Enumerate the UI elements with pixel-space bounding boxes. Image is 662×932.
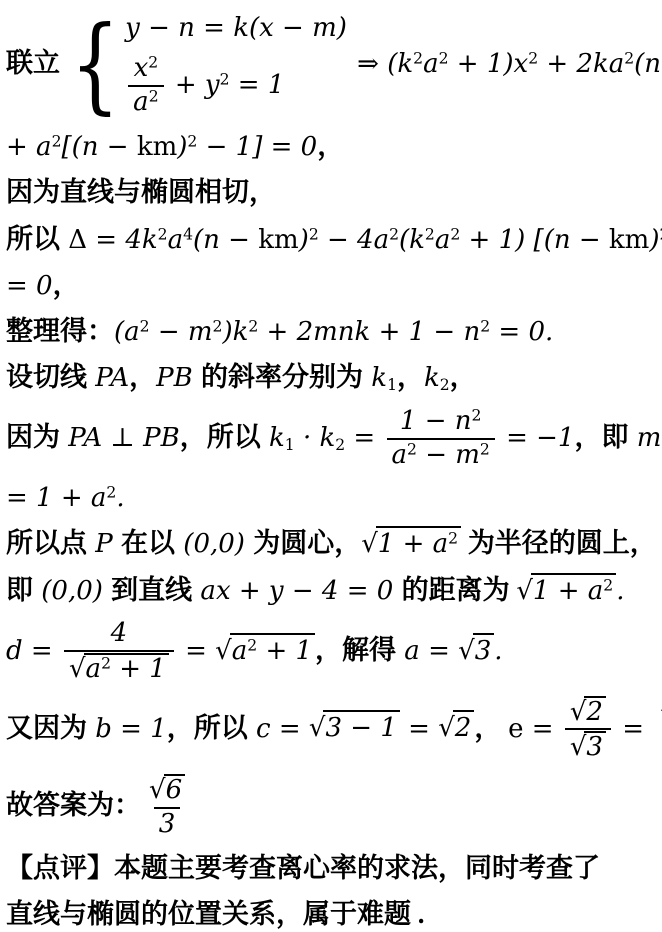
math-italic-text: a — [392, 440, 408, 470]
cjk-text: ，解得 — [315, 635, 396, 665]
cjk-text: ， — [474, 712, 508, 742]
superscript: 2 — [220, 71, 230, 89]
math-upright-text: e — [508, 713, 523, 743]
math-italic-text: + 1 — [111, 654, 166, 684]
square-root: √1 + a2 — [361, 526, 461, 561]
line-perpendicular: 因为 PA ⊥ PB，所以 k1 · k2 = 1 − n2a2 − m2 = … — [6, 407, 658, 471]
math-upright-text: km — [258, 225, 298, 255]
cjk-text: 在以 — [121, 528, 175, 558]
cjk-text: 【点评】本题主要考查离心率的求法，同时考查了 — [6, 853, 600, 883]
math-italic-text: + a — [6, 132, 52, 162]
radicand: 3 − 1 — [323, 710, 399, 745]
math-italic-text: ) — [649, 225, 659, 255]
fraction: √63 — [655, 697, 662, 763]
superscript: 2 — [148, 54, 158, 72]
superscript: 2 — [603, 576, 613, 594]
fraction-denominator: a2 — [128, 85, 163, 118]
line-point-on-circle: 所以点 P 在以 (0,0) 为圆心，√1 + a2 为半径的圆上， — [6, 526, 658, 561]
cjk-text: 因为直线与椭圆相切， — [6, 177, 276, 207]
line-union-system: 联立{y − n = k(x − m)x2a2 + y2 = 1 ⇒ (k2a2… — [6, 12, 658, 118]
square-root: √6 — [149, 774, 185, 806]
line-slopes-def: 设切线 PA，PB 的斜率分别为 k1，k2， — [6, 360, 658, 396]
radicand: 6 — [164, 774, 186, 806]
radicand: 3 — [473, 633, 495, 668]
superscript: 2 — [309, 225, 319, 243]
math-italic-text: k — [261, 423, 285, 453]
cjk-text: ， — [397, 362, 424, 392]
square-root: √3 — [458, 633, 494, 668]
math-italic-text: = — [523, 713, 561, 743]
cjk-text: 即 — [6, 575, 33, 605]
superscript: 2 — [450, 225, 460, 243]
radicand: 1 + a2 — [531, 573, 616, 608]
line-solve-a: d = 4√a2 + 1 = √a2 + 1，解得 a = √3. — [6, 619, 658, 685]
line-distance: 即 (0,0) 到直线 ax + y − 4 = 0 的距离为 √1 + a2. — [6, 573, 658, 608]
math-italic-text: + 2mnk + 1 − n — [258, 317, 480, 347]
math-italic-text: + 2ka — [538, 49, 624, 79]
fraction-numerator: √6 — [655, 697, 662, 730]
math-italic-text: ) — [177, 132, 187, 162]
cjk-text: 为半径的圆上， — [461, 528, 657, 558]
superscript: 2 — [248, 318, 258, 336]
math-italic-text: a — [86, 654, 102, 684]
cjk-text: 直线与椭圆的位置关系，属于难题 . — [6, 899, 425, 929]
square-root: √1 + a2 — [516, 573, 616, 608]
math-italic-text: + 1 — [257, 636, 312, 666]
cjk-text: 设切线 — [6, 362, 87, 392]
math-italic-text: = — [177, 636, 215, 666]
line-simplified: 整理得：(a2 − m2)k2 + 2mnk + 1 − n2 = 0. — [6, 314, 658, 349]
line-final-answer: 故答案为：√63 — [6, 774, 658, 840]
math-italic-text: = 4k — [87, 225, 158, 255]
math-italic-text: + y — [167, 70, 220, 100]
cjk-text: 所以 — [6, 224, 60, 254]
math-italic-text: (n − — [634, 49, 662, 79]
fraction-denominator: 3 — [154, 807, 181, 840]
math-italic-text: = — [400, 713, 438, 743]
math-italic-text: k — [363, 363, 387, 393]
line-comment-2: 直线与椭圆的位置关系，属于难题 . — [6, 897, 658, 932]
superscript: 2 — [528, 49, 538, 67]
math-italic-text: a = — [396, 636, 458, 666]
cjk-text: 又因为 — [6, 712, 87, 742]
math-italic-text: a — [168, 225, 184, 255]
radicand: a2 + 1 — [84, 653, 169, 685]
system-rows: y − n = k(x − m)x2a2 + y2 = 1 — [125, 12, 347, 118]
math-italic-text: (0,0) — [175, 529, 253, 559]
square-root: √3 — [570, 731, 606, 763]
math-upright-text: ⇒ — [349, 49, 387, 79]
math-italic-text: k — [424, 363, 440, 393]
math-upright-text: Δ — [60, 225, 87, 255]
superscript: 2 — [472, 407, 482, 425]
math-italic-text: 2 — [586, 697, 603, 727]
math-italic-text: = 1 + a — [6, 483, 106, 513]
math-italic-text: + 1) [(n − — [460, 225, 609, 255]
fraction-denominator: √3 — [565, 728, 611, 763]
system-row: y − n = k(x − m) — [125, 12, 347, 45]
square-root: √2 — [438, 710, 474, 745]
math-italic-text: (0,0) — [33, 576, 111, 606]
cjk-text: 整理得： — [6, 316, 114, 346]
left-brace-icon: { — [70, 22, 120, 107]
math-italic-text: · k — [295, 423, 336, 453]
radicand: 2 — [453, 710, 475, 745]
cjk-text: 的斜率分别为 — [201, 362, 363, 392]
superscript: 2 — [624, 49, 634, 67]
math-italic-text: PA — [87, 363, 129, 393]
cjk-text: 的距离为 — [402, 575, 517, 605]
cjk-text: 联立 — [6, 48, 60, 78]
superscript: 2 — [106, 483, 116, 501]
math-italic-text: c = — [248, 713, 309, 743]
system-row: x2a2 + y2 = 1 — [125, 54, 284, 118]
math-italic-text: (k — [399, 225, 425, 255]
math-italic-text: . — [494, 636, 502, 666]
superscript: 2 — [52, 132, 62, 150]
math-italic-text: = — [614, 713, 652, 743]
superscript: 2 — [480, 318, 490, 336]
math-italic-text: (n − — [193, 225, 258, 255]
line-circle-eq-result: = 1 + a2. — [6, 482, 658, 515]
superscript: 2 — [480, 441, 490, 459]
math-italic-text: a — [423, 49, 439, 79]
superscript: 2 — [140, 318, 150, 336]
fraction: x2a2 — [128, 54, 163, 118]
math-italic-text: PB — [156, 363, 201, 393]
math-upright-text: km — [609, 225, 649, 255]
cjk-text: ， — [317, 131, 344, 161]
radicand: 3 — [584, 731, 606, 763]
math-italic-text: = — [345, 423, 383, 453]
cjk-text: 所以点 — [6, 528, 87, 558]
fraction: √63 — [144, 774, 190, 840]
math-italic-text: . — [616, 576, 624, 606]
math-italic-text: [(n − — [61, 132, 136, 162]
math-italic-text: 1 + a — [533, 576, 603, 606]
math-italic-text: + 1)x — [449, 49, 529, 79]
fraction: 1 − n2a2 − m2 — [387, 407, 495, 471]
fraction-denominator: √a2 + 1 — [64, 650, 174, 685]
superscript: 4 — [183, 225, 193, 243]
cjk-text: ， — [129, 362, 156, 392]
superscript: 2 — [413, 49, 423, 67]
line-comment-1: 【点评】本题主要考查离心率的求法，同时考查了 — [6, 851, 658, 886]
math-italic-text: 3 — [159, 809, 176, 839]
line-expanded-eq: + a2[(n − km)2 − 1] = 0， — [6, 129, 658, 164]
superscript: 2 — [149, 88, 159, 106]
square-root: √a2 + 1 — [215, 633, 315, 668]
superscript: 2 — [389, 225, 399, 243]
math-italic-text: 4 — [111, 618, 128, 648]
fraction: 4√a2 + 1 — [64, 619, 174, 685]
math-italic-text: ) — [299, 225, 309, 255]
fraction-denominator: a2 − m2 — [387, 438, 495, 471]
math-italic-text: 6 — [166, 775, 183, 805]
square-root: √a2 + 1 — [69, 653, 169, 685]
equation-system: {y − n = k(x − m)x2a2 + y2 = 1 — [62, 12, 347, 118]
math-italic-text: 3 − 1 — [325, 713, 396, 743]
math-italic-text: 2 — [455, 713, 472, 743]
superscript: 2 — [407, 441, 417, 459]
math-italic-text: P — [87, 529, 121, 559]
square-root: √3 − 1 — [309, 710, 400, 745]
subscript: 2 — [335, 436, 345, 454]
fraction-numerator: x2 — [129, 54, 164, 85]
superscript: 2 — [187, 132, 197, 150]
math-italic-text: = 0 — [6, 271, 53, 301]
math-italic-text: 1 + a — [378, 529, 448, 559]
fraction: √2√3 — [565, 696, 611, 764]
superscript: 2 — [213, 318, 223, 336]
line-tangency-reason: 因为直线与椭圆相切， — [6, 175, 658, 210]
line-eccentricity: 又因为 b = 1，所以 c = √3 − 1 = √2， e = √2√3 =… — [6, 696, 658, 764]
cjk-text: ，所以 — [180, 422, 261, 452]
fraction-numerator: 4 — [106, 619, 133, 650]
math-italic-text: a — [133, 87, 149, 117]
line-delta: 所以 Δ = 4k2a4(n − km)2 − 4a2(k2a2 + 1) [(… — [6, 222, 658, 257]
math-upright-text: km — [137, 132, 177, 162]
cjk-text: 故答案为： — [6, 790, 141, 820]
fraction-numerator: √2 — [565, 696, 611, 729]
subscript: 1 — [285, 436, 295, 454]
subscript: 1 — [387, 376, 397, 394]
math-italic-text: a — [232, 636, 248, 666]
math-italic-text: a — [435, 225, 451, 255]
math-italic-text: y − n = k(x − m) — [125, 13, 347, 43]
math-italic-text: − m — [150, 317, 213, 347]
math-solution-document: 联立{y − n = k(x − m)x2a2 + y2 = 1 ⇒ (k2a2… — [0, 0, 662, 932]
math-italic-text: (a — [114, 317, 140, 347]
math-italic-text: = 0. — [490, 317, 553, 347]
cjk-text: ， — [53, 270, 80, 300]
math-italic-text: (k — [387, 49, 413, 79]
math-italic-text: − 4a — [319, 225, 389, 255]
superscript: 2 — [158, 225, 168, 243]
math-italic-text: x — [134, 53, 149, 83]
subscript: 2 — [440, 376, 450, 394]
math-italic-text: )k — [222, 317, 248, 347]
fraction-numerator: √6 — [144, 774, 190, 807]
cjk-text: ，所以 — [167, 712, 248, 742]
math-italic-text: m — [628, 423, 661, 453]
math-italic-text: ax + y − 4 = 0 — [192, 576, 401, 606]
math-italic-text: PA ⊥ PB — [60, 423, 180, 453]
superscript: 2 — [247, 636, 257, 654]
math-italic-text: 3 — [586, 732, 603, 762]
superscript: 2 — [439, 49, 449, 67]
square-root: √2 — [570, 696, 606, 728]
line-delta-zero: = 0， — [6, 268, 658, 303]
cjk-text: 到直线 — [111, 575, 192, 605]
superscript: 2 — [425, 225, 435, 243]
fraction-numerator: 1 − n2 — [395, 407, 487, 438]
cjk-text: ，即 — [574, 422, 628, 452]
cjk-text: ， — [450, 362, 477, 392]
math-italic-text: d = — [6, 636, 61, 666]
cjk-text: 为圆心， — [253, 528, 361, 558]
math-italic-text: = 1 — [230, 70, 285, 100]
radicand: 2 — [584, 696, 606, 728]
math-italic-text: = −1 — [498, 423, 575, 453]
math-italic-text: 1 − n — [400, 406, 472, 436]
math-italic-text: − 1] = 0 — [197, 132, 317, 162]
math-italic-text: b = 1 — [87, 713, 167, 743]
radicand: 1 + a2 — [376, 526, 461, 561]
math-italic-text: − m — [417, 440, 480, 470]
math-italic-text: . — [116, 483, 124, 513]
superscript: 2 — [101, 654, 111, 672]
radicand: a2 + 1 — [230, 633, 315, 668]
math-italic-text: 3 — [475, 636, 492, 666]
cjk-text: 因为 — [6, 422, 60, 452]
document-body: 联立{y − n = k(x − m)x2a2 + y2 = 1 ⇒ (k2a2… — [0, 0, 662, 932]
superscript: 2 — [448, 530, 458, 548]
